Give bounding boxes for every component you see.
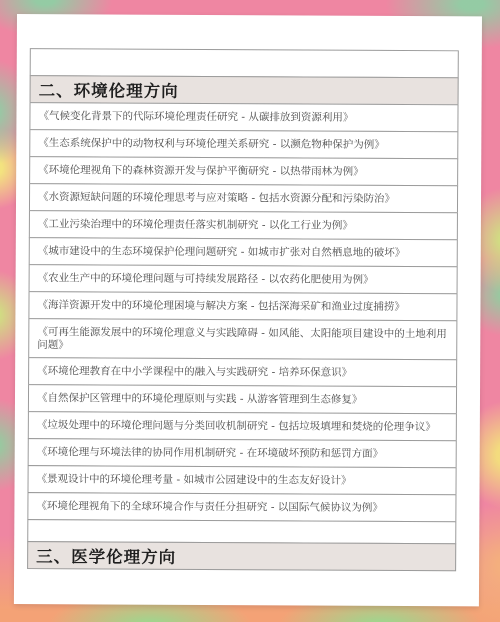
topics-table: 二、环境伦理方向 《气候变化背景下的代际环境伦理责任研究 - 从碳排放到资源利用… bbox=[27, 48, 459, 571]
list-item: 《工业污染治理中的环境伦理责任落实机制研究 - 以化工行业为例》 bbox=[29, 210, 458, 240]
list-item: 《农业生产中的环境伦理问题与可持续发展路径 - 以农药化肥使用为例》 bbox=[29, 264, 458, 294]
section-title: 三、医学伦理方向 bbox=[36, 543, 176, 568]
list-item: 《环境伦理视角下的森林资源开发与保护平衡研究 - 以热带雨林为例》 bbox=[29, 156, 458, 186]
list-item: 《环境伦理与环境法律的协同作用机制研究 - 在环境破坏预防和惩罚方面》 bbox=[28, 438, 457, 468]
list-item: 《气候变化背景下的代际环境伦理责任研究 - 从碳排放到资源利用》 bbox=[29, 102, 458, 132]
list-item: 《景观设计中的环境伦理考量 - 如城市公园建设中的生态友好设计》 bbox=[27, 465, 456, 495]
list-item: 《城市建设中的生态环境保护伦理问题研究 - 如城市扩张对自然栖息地的破坏》 bbox=[29, 237, 458, 267]
section-header-environmental-ethics: 二、环境伦理方向 bbox=[30, 75, 459, 105]
list-item: 《垃圾处理中的环境伦理问题与分类回收机制研究 - 包括垃圾填埋和焚烧的伦理争议》 bbox=[28, 411, 457, 441]
section-header-medical-ethics: 三、医学伦理方向 bbox=[27, 541, 456, 571]
list-item: 《水资源短缺问题的环境伦理思考与应对策略 - 包括水资源分配和污染防治》 bbox=[29, 183, 458, 213]
list-item: 《环境伦理视角下的全球环境合作与责任分担研究 - 以国际气候协议为例》 bbox=[27, 492, 456, 522]
empty-row-top bbox=[30, 48, 459, 78]
list-item: 《自然保护区管理中的环境伦理原则与实践 - 从游客管理到生态修复》 bbox=[28, 384, 457, 414]
list-item: 《生态系统保护中的动物权利与环境伦理关系研究 - 以濒危物种保护为例》 bbox=[29, 129, 458, 159]
list-item: 《海洋资源开发中的环境伦理困境与解决方案 - 包括深海采矿和渔业过度捕捞》 bbox=[28, 291, 457, 321]
document-page: 二、环境伦理方向 《气候变化背景下的代际环境伦理责任研究 - 从碳排放到资源利用… bbox=[14, 14, 482, 606]
list-item: 《环境伦理教育在中小学课程中的融入与实践研究 - 培养环保意识》 bbox=[28, 357, 457, 387]
section-title: 二、环境伦理方向 bbox=[39, 77, 179, 102]
tie-dye-backdrop: 二、环境伦理方向 《气候变化背景下的代际环境伦理责任研究 - 从碳排放到资源利用… bbox=[0, 0, 500, 622]
list-item: 《可再生能源发展中的环境伦理意义与实践障碍 - 如风能、太阳能项目建设中的土地利… bbox=[28, 318, 457, 360]
